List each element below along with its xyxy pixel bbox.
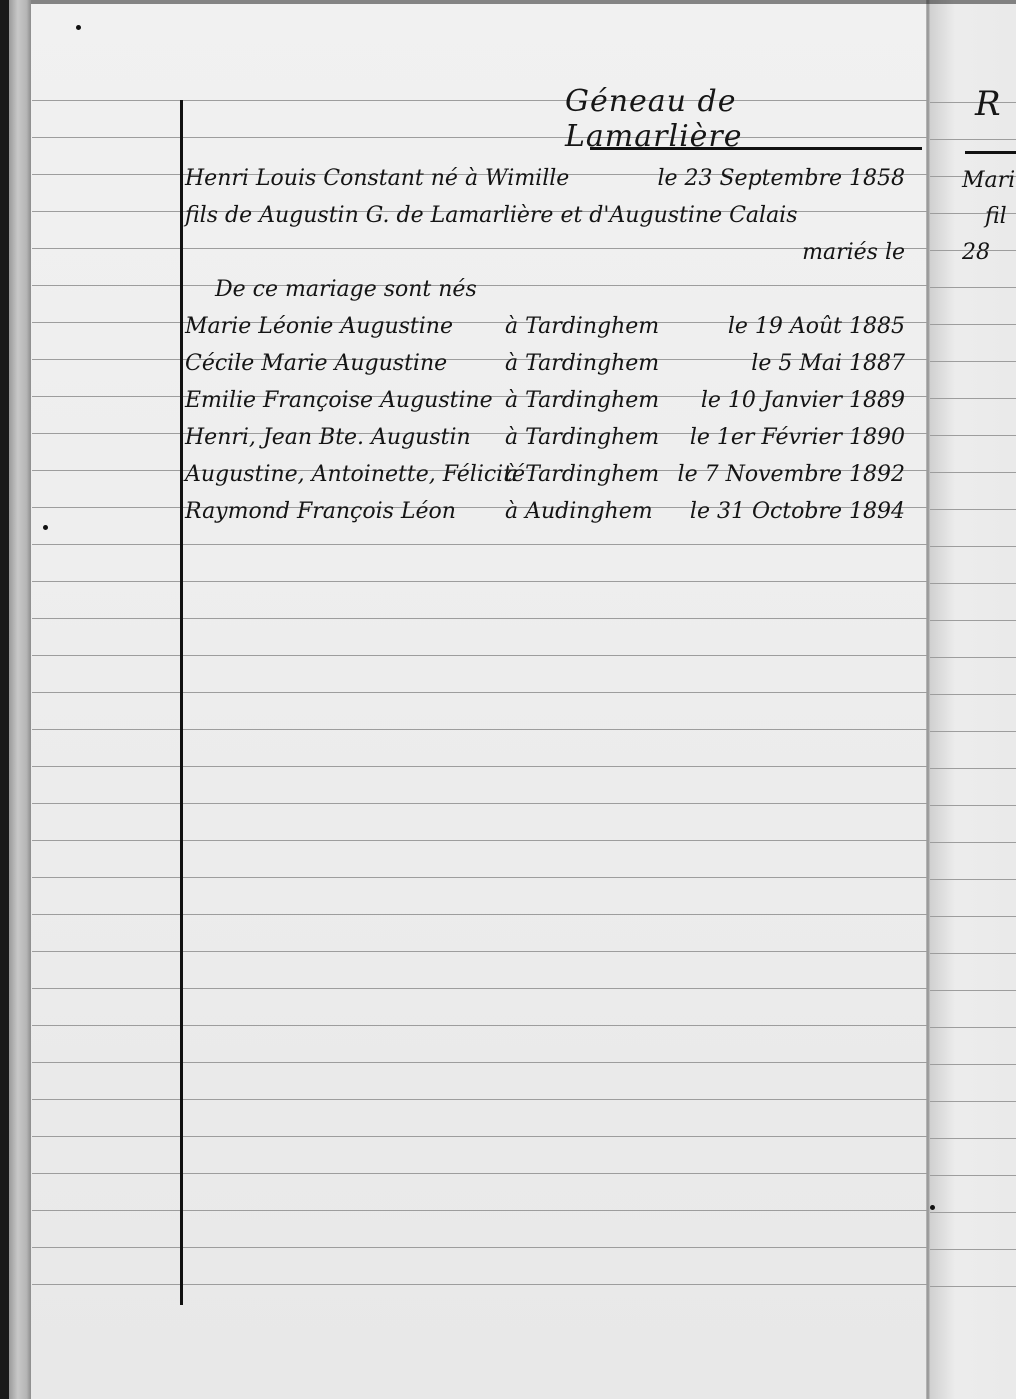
ruled-line	[930, 509, 1016, 510]
ruled-line	[32, 1247, 927, 1248]
ruled-line	[930, 879, 1016, 880]
ruled-line	[930, 916, 1016, 917]
child-birthplace: à Tardinghem	[505, 462, 659, 487]
ruled-line	[930, 398, 1016, 399]
ruled-line	[930, 657, 1016, 658]
ruled-line	[32, 1062, 927, 1063]
ruled-line	[32, 914, 927, 915]
ruled-line	[32, 877, 927, 878]
ruled-line	[32, 840, 927, 841]
facing-page-title: R	[975, 84, 1001, 124]
ruled-line	[32, 729, 927, 730]
child-entry: Augustine, Antoinette, Félicitéà Tarding…	[185, 462, 905, 487]
facing-page-fragment: fil	[985, 204, 1007, 229]
ruled-line	[930, 435, 1016, 436]
ruled-line	[32, 1173, 927, 1174]
child-entry: Henri, Jean Bte. Augustinà Tardinghemle …	[185, 425, 905, 450]
ruled-line	[32, 1099, 927, 1100]
page-fold	[926, 0, 930, 1399]
facing-page-fragment: 28	[962, 240, 990, 265]
ink-spot	[76, 25, 81, 30]
ink-spot	[930, 1205, 935, 1210]
child-birth-date: le 7 Novembre 1892	[678, 462, 905, 487]
ruled-line	[930, 1212, 1016, 1213]
child-birth-date: le 5 Mai 1887	[751, 351, 905, 376]
ruled-line	[930, 1138, 1016, 1139]
ruled-line	[32, 988, 927, 989]
ruled-line	[930, 1175, 1016, 1176]
child-entry: Raymond François Léonà Audinghemle 31 Oc…	[185, 499, 905, 524]
page-title: Géneau de Lamarlière	[565, 84, 915, 154]
child-name: Henri, Jean Bte. Augustin	[185, 425, 471, 450]
child-birthplace: à Tardinghem	[505, 314, 659, 339]
facing-page-title-underline	[965, 151, 1016, 154]
ruled-line	[32, 248, 927, 249]
ruled-line	[930, 990, 1016, 991]
child-name: Augustine, Antoinette, Félicité	[185, 462, 525, 487]
entry-line-2: fils de Augustin G. de Lamarlière et d'A…	[185, 203, 905, 228]
entry-birth-date: le 23 Septembre 1858	[657, 166, 905, 191]
ruled-line	[32, 1284, 927, 1285]
entry-marriage: mariés le	[802, 240, 905, 265]
ruled-line	[930, 953, 1016, 954]
ruled-line	[32, 803, 927, 804]
child-name: Emilie Françoise Augustine	[185, 388, 493, 413]
ruled-line	[32, 1210, 927, 1211]
ruled-line	[930, 472, 1016, 473]
ruled-line	[930, 694, 1016, 695]
children-intro: De ce mariage sont nés	[215, 277, 615, 302]
ruled-line	[930, 139, 1016, 140]
child-birthplace: à Tardinghem	[505, 388, 659, 413]
child-entry: Marie Léonie Augustineà Tardinghemle 19 …	[185, 314, 905, 339]
ruled-line	[930, 287, 1016, 288]
ruled-line	[32, 1136, 927, 1137]
child-birthplace: à Tardinghem	[505, 351, 659, 376]
ruled-line	[32, 951, 927, 952]
ruled-line	[32, 618, 927, 619]
page-top-edge	[31, 0, 1016, 4]
ruled-line	[930, 805, 1016, 806]
book-binding-edge	[0, 0, 9, 1399]
child-birthplace: à Audinghem	[505, 499, 653, 524]
child-entry: Emilie Françoise Augustineà Tardinghemle…	[185, 388, 905, 413]
facing-page-fragment: Mari	[962, 168, 1015, 193]
child-name: Cécile Marie Augustine	[185, 351, 447, 376]
child-name: Marie Léonie Augustine	[185, 314, 453, 339]
ink-spot	[43, 525, 48, 530]
title-underline	[590, 147, 922, 150]
entry-subject: Henri Louis Constant né à Wimille	[185, 166, 569, 191]
ruled-line	[32, 766, 927, 767]
entry-line-1: Henri Louis Constant né à Wimille le 23 …	[185, 166, 905, 191]
ruled-line	[32, 581, 927, 582]
ruled-line	[930, 1286, 1016, 1287]
book-spine-strip	[9, 0, 31, 1399]
child-birth-date: le 1er Février 1890	[690, 425, 905, 450]
ruled-line	[32, 655, 927, 656]
ruled-line	[32, 544, 927, 545]
ruled-line	[32, 1025, 927, 1026]
ruled-line	[930, 768, 1016, 769]
ruled-line	[930, 546, 1016, 547]
child-birth-date: le 10 Janvier 1889	[701, 388, 905, 413]
child-birth-date: le 19 Août 1885	[728, 314, 905, 339]
ruled-line	[930, 731, 1016, 732]
margin-line	[180, 100, 183, 1305]
ruled-line	[930, 1249, 1016, 1250]
ruled-line	[930, 361, 1016, 362]
ruled-line	[930, 583, 1016, 584]
children-intro-text: De ce mariage sont nés	[215, 277, 477, 302]
child-birthplace: à Tardinghem	[505, 425, 659, 450]
child-entry: Cécile Marie Augustineà Tardinghemle 5 M…	[185, 351, 905, 376]
ruled-line	[930, 1064, 1016, 1065]
ruled-line	[32, 692, 927, 693]
ruled-line	[930, 1027, 1016, 1028]
entry-parents: fils de Augustin G. de Lamarlière et d'A…	[185, 203, 798, 228]
ruled-line	[930, 102, 1016, 103]
ruled-line	[930, 1101, 1016, 1102]
ruled-line	[930, 324, 1016, 325]
ruled-line	[930, 620, 1016, 621]
child-name: Raymond François Léon	[185, 499, 456, 524]
child-birth-date: le 31 Octobre 1894	[690, 499, 905, 524]
ruled-line	[930, 842, 1016, 843]
